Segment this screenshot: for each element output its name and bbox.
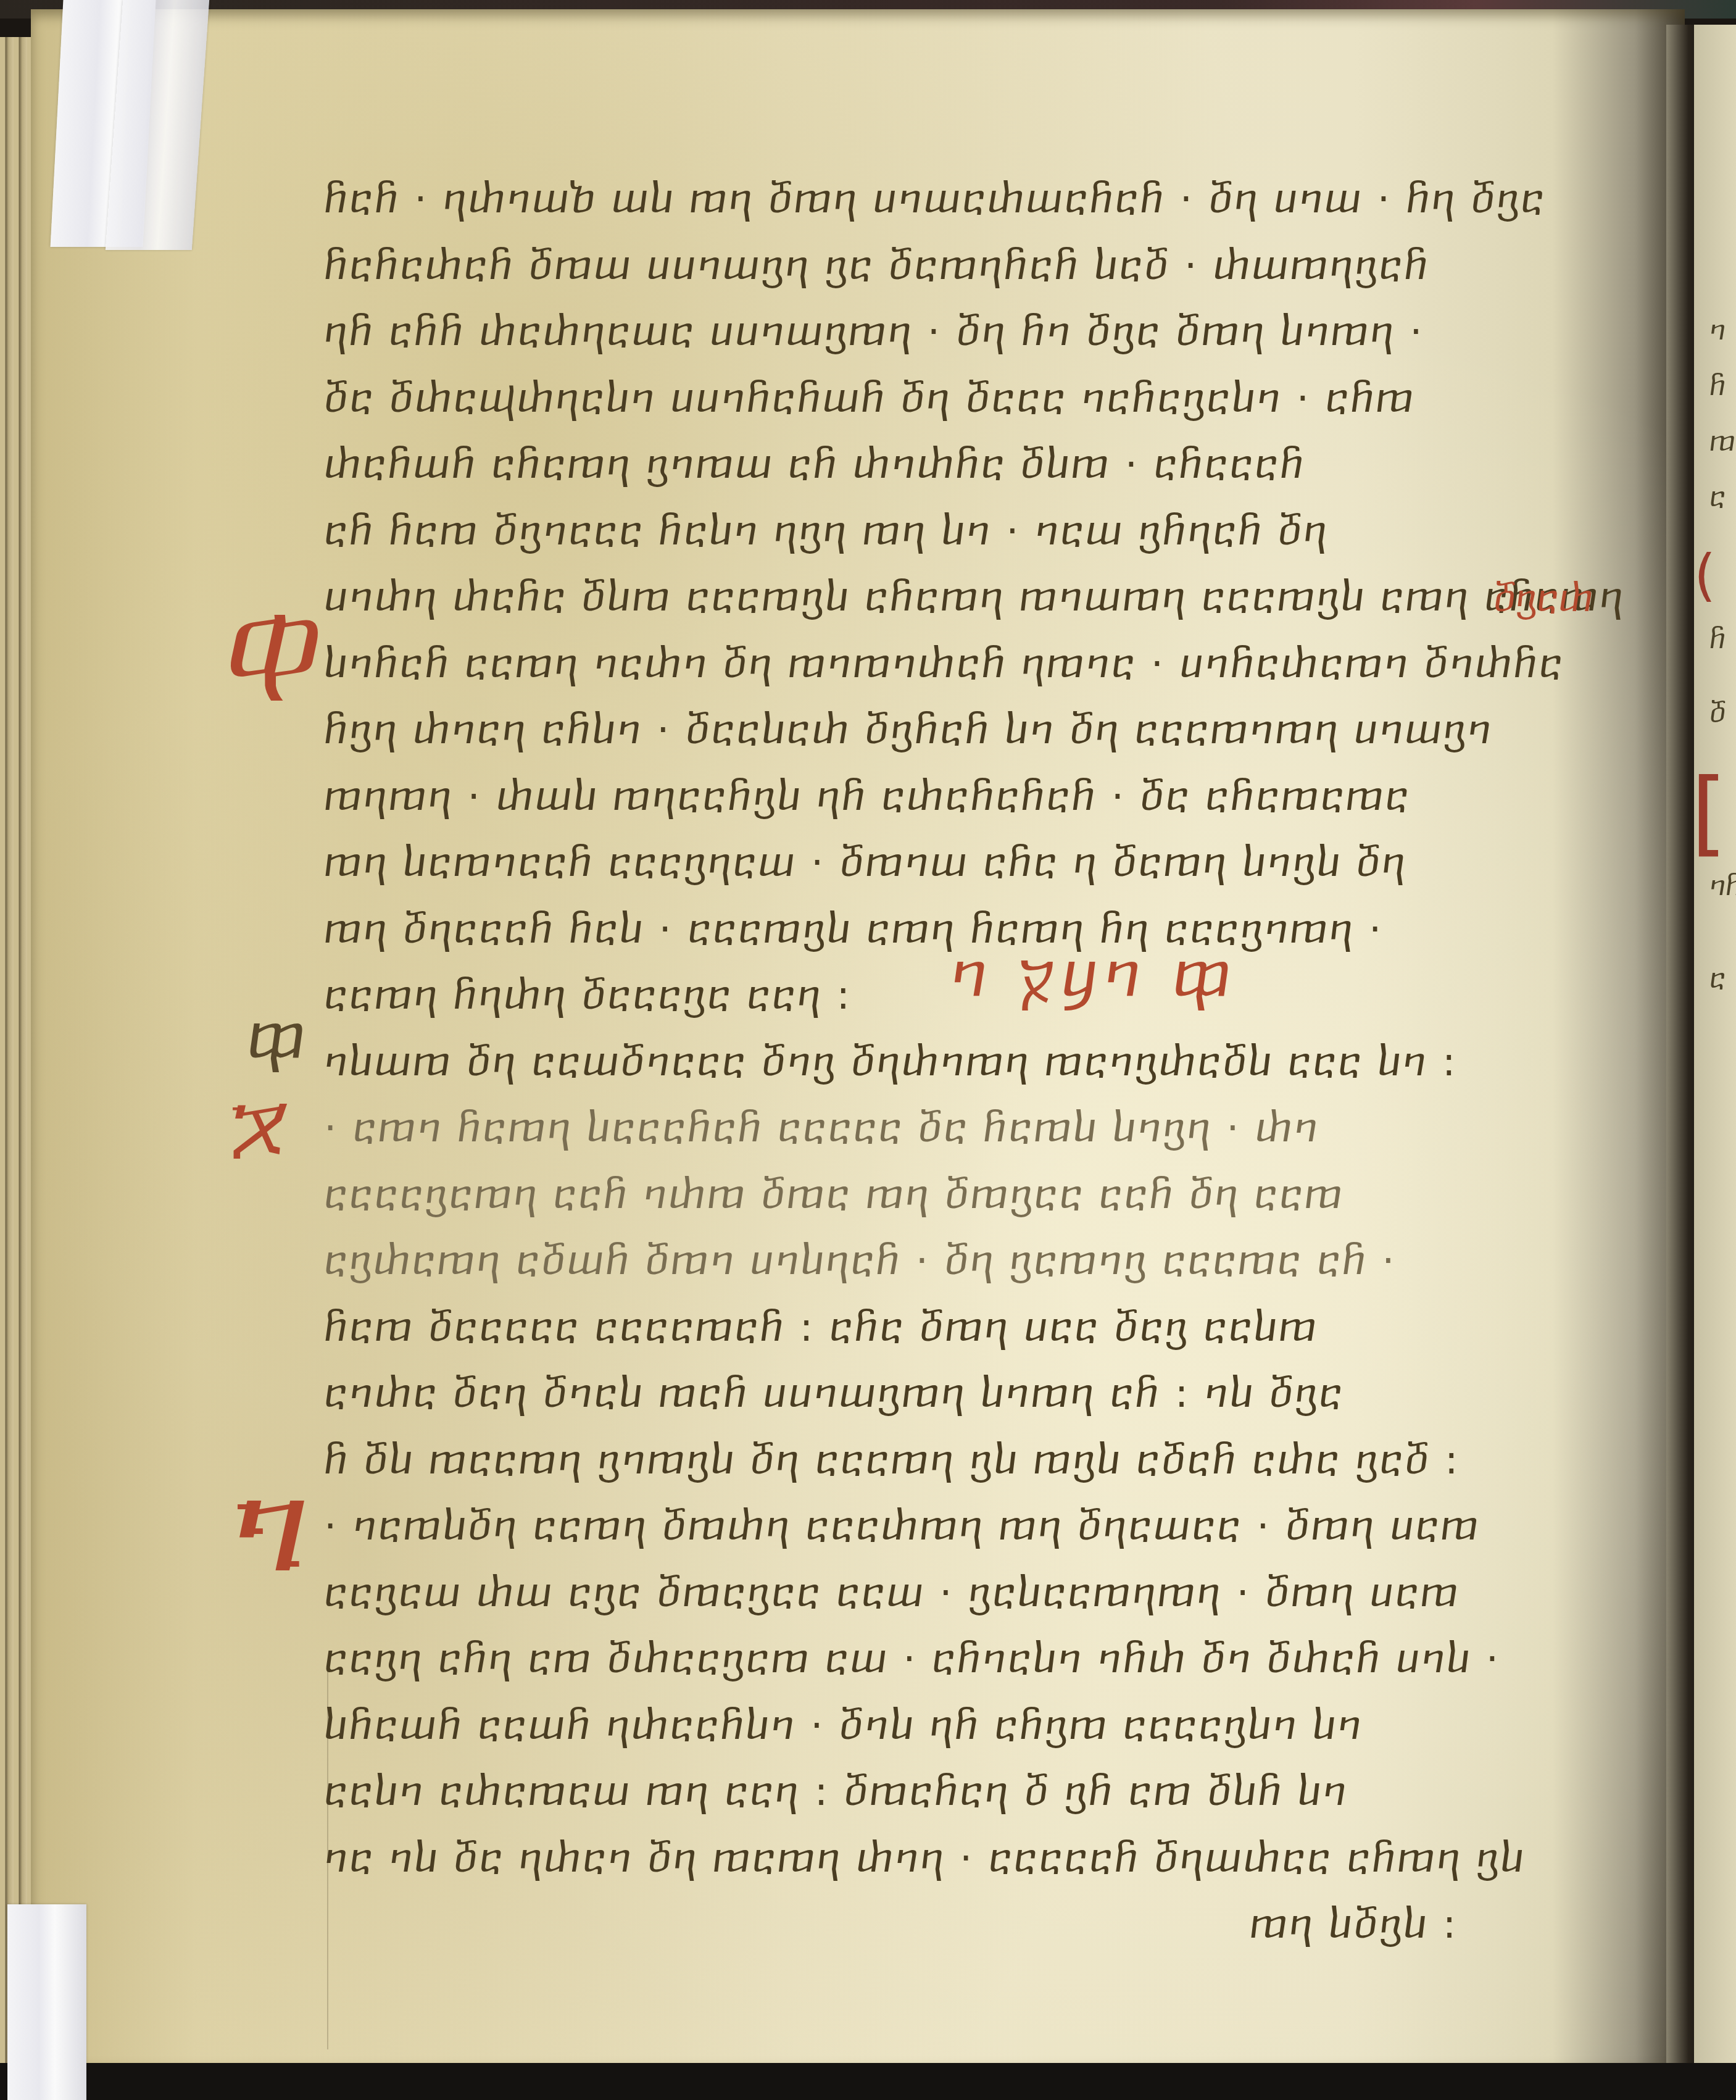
text-line: ⴌⴀⴊ ⴃⴀⴀⴀⴀⴀ ⴀⴀⴀⴀⴊⴀⴌ : ⴀⴌⴀ ⴃⴊⴄ ⴎⴀⴀ ⴃⴀⴂ ⴀⴀⴑ… [324,1295,1558,1362]
text-line: ⴀⴂⴐⴀⴊⴄ ⴀⴃⴍⴌ ⴃⴊⴈ ⴎⴈⴑⴄⴀⴌ · ⴃⴄ ⴂⴀⴊⴈⴂ ⴀⴀⴀⴊⴀ … [324,1228,1558,1295]
text-line: ⴀⴀⴂⴄ ⴀⴌⴄ ⴀⴊ ⴃⴐⴀⴀⴂⴀⴊ ⴀⴍ · ⴀⴌⴈⴀⴑⴈ ⴈⴌⴐ ⴃⴈ ⴃ… [324,1627,1558,1693]
facing-page-text: ⴊ [1709,426,1735,457]
facing-page-text: ⴈⴌ [1709,870,1736,902]
text-line: ⴀⴈⴐⴀ ⴃⴀⴄ ⴃⴈⴀⴑ ⴊⴀⴌ ⴎⴎⴈⴍⴂⴊⴄ ⴑⴈⴊⴄ ⴀⴌ : ⴈⴑ ⴃ… [324,1361,1558,1428]
text-line: ⴑⴈⴌⴀⴌ ⴀⴀⴊⴄ ⴈⴀⴐⴈ ⴃⴄ ⴊⴈⴊⴈⴐⴀⴌ ⴄⴊⴈⴀ · ⴎⴈⴌⴀⴐⴀ… [324,631,1558,698]
text-line: ⴐⴀⴌⴍⴌ ⴀⴌⴀⴊⴄ ⴂⴈⴊⴍ ⴀⴌ ⴐⴈⴐⴌⴀ ⴃⴑⴊ · ⴀⴌⴀⴀⴀⴌ [324,432,1558,499]
page-marker-tab-top-overlay [106,0,209,250]
text-line: ⴌⴀⴌ · ⴄⴐⴈⴍⴆ ⴍⴑ ⴊⴄ ⴃⴊⴄ ⴎⴈⴍⴀⴐⴍⴀⴌⴀⴌ · ⴃⴄ ⴎⴈ… [324,167,1558,233]
text-line: ⴌⴀⴌⴀⴐⴀⴌ ⴃⴊⴍ ⴎⴎⴈⴍⴂⴄ ⴂⴀ ⴃⴀⴊⴄⴌⴀⴌ ⴑⴀⴃ · ⴐⴍⴊⴄ… [324,233,1558,300]
facing-page-text: ⴌ [1709,623,1726,655]
facing-page-text: ⴀ [1709,963,1726,994]
text-line: · ⴀⴊⴈ ⴌⴀⴊⴄ ⴑⴀⴀⴀⴌⴀⴌ ⴀⴀⴀⴀⴀ ⴃⴀ ⴌⴀⴊⴑ ⴑⴈⴂⴄ · … [324,1096,1558,1162]
text-line: ⴎⴈⴐⴄ ⴐⴀⴌⴀ ⴃⴑⴊ ⴀⴀⴀⴊⴂⴑ ⴀⴌⴀⴊⴄ ⴊⴈⴍⴊⴄ ⴀⴀⴀⴊⴂⴑ … [324,565,1558,631]
text-line: ⴈⴀ ⴈⴑ ⴃⴀ ⴄⴐⴀⴈ ⴃⴄ ⴊⴀⴊⴄ ⴐⴈⴄ · ⴀⴀⴀⴀⴀⴌ ⴃⴄⴍⴐⴀ… [324,1826,1558,1893]
text-line: ⴄⴌ ⴀⴌⴌ ⴐⴀⴐⴄⴀⴍⴀ ⴎⴎⴈⴍⴂⴊⴄ · ⴃⴄ ⴌⴈ ⴃⴂⴀ ⴃⴊⴄ ⴑ… [324,299,1558,366]
text-line: ⴊⴄⴊⴄ · ⴐⴍⴑ ⴊⴄⴀⴀⴌⴂⴑ ⴄⴌ ⴀⴐⴀⴌⴀⴌⴀⴌ · ⴃⴀ ⴀⴌⴀⴊ… [324,764,1558,831]
text-line: ⴌ ⴃⴑ ⴊⴀⴀⴊⴄ ⴂⴈⴊⴂⴑ ⴃⴄ ⴀⴀⴀⴊⴄ ⴂⴑ ⴊⴂⴑ ⴀⴃⴀⴌ ⴀⴐ… [324,1428,1558,1494]
text-line: ⴌⴂⴄ ⴐⴈⴀⴄ ⴀⴌⴑⴈ · ⴃⴀⴀⴑⴀⴐ ⴃⴂⴌⴀⴌ ⴑⴈ ⴃⴄ ⴀⴀⴀⴊⴈ… [324,698,1558,764]
text-line: ⴀⴀⴑⴈ ⴀⴐⴀⴊⴀⴍ ⴊⴄ ⴀⴀⴄ : ⴃⴊⴀⴌⴀⴄ ⴃ ⴂⴌ ⴀⴊ ⴃⴑⴌ … [324,1759,1558,1826]
main-text-column: ⴌⴀⴌ · ⴄⴐⴈⴍⴆ ⴍⴑ ⴊⴄ ⴃⴊⴄ ⴎⴈⴍⴀⴐⴍⴀⴌⴀⴌ · ⴃⴄ ⴎⴈ… [324,167,1558,1959]
facing-page-text: ⴃ [1709,698,1726,729]
text-line: ⴊⴄ ⴃⴄⴀⴀⴀⴌ ⴌⴀⴑ · ⴀⴀⴀⴊⴂⴑ ⴀⴊⴄ ⴌⴀⴊⴄ ⴌⴄ ⴀⴀⴀⴂⴈ… [324,897,1558,964]
red-initial-2: ⴟ [228,1074,291,1160]
text-line: ⴊⴄ ⴑⴀⴊⴈⴀⴀⴌ ⴀⴀⴀⴂⴄⴀⴍ · ⴃⴊⴈⴍ ⴀⴌⴀ ⴄ ⴃⴀⴊⴄ ⴑⴈⴂ… [324,830,1558,897]
facing-page-text: ⴌ [1709,370,1726,402]
text-line: ⴊⴄ ⴑⴃⴂⴑ : [324,1892,1558,1959]
text-line: · ⴈⴀⴊⴑⴃⴄ ⴀⴀⴊⴄ ⴃⴊⴐⴄ ⴀⴀⴀⴐⴊⴄ ⴊⴄ ⴃⴄⴀⴍⴀⴀ · ⴃⴊ… [324,1494,1558,1560]
margin-rubric: ⴃⴂⴀⴐ [1493,577,1593,620]
facing-page-text: ⴀ [1709,481,1726,513]
facing-page-red-mark: ( [1694,543,1716,608]
facing-page-red-bracket: [ [1691,759,1727,867]
facing-page-text: ⴈ [1709,315,1726,346]
text-line: ⴑⴌⴀⴍⴌ ⴀⴀⴍⴌ ⴄⴐⴀⴀⴌⴑⴈ · ⴃⴈⴑ ⴄⴌ ⴀⴌⴂⴊ ⴀⴀⴀⴀⴂⴑⴈ… [324,1693,1558,1760]
red-initial-3: ⴈ [228,1444,312,1602]
text-line: ⴀⴀⴀⴀⴂⴀⴊⴄ ⴀⴀⴌ ⴈⴐⴊ ⴃⴊⴀ ⴊⴄ ⴃⴊⴂⴀⴀ ⴀⴀⴌ ⴃⴄ ⴀⴀⴊ [324,1162,1558,1229]
text-line: ⴀⴀⴊⴄ ⴌⴄⴐⴄ ⴃⴀⴀⴀⴂⴀ ⴀⴀⴄ : [324,963,1558,1030]
page-marker-tab-bottom [7,1904,86,2100]
red-initial-1: ⴔ [222,574,327,703]
book-cradle-bottom [0,2063,1736,2100]
text-line: ⴃⴀ ⴃⴐⴀⴓⴐⴄⴀⴑⴈ ⴎⴎⴈⴌⴀⴌⴍⴌ ⴃⴄ ⴃⴀⴀⴀ ⴈⴀⴌⴀⴂⴀⴑⴈ ·… [324,366,1558,433]
dark-initial: ⴔ [247,1000,305,1072]
text-line: ⴀⴌ ⴌⴀⴊ ⴃⴂⴈⴀⴀⴀ ⴌⴀⴑⴈ ⴄⴂⴄ ⴊⴄ ⴑⴈ · ⴈⴀⴍ ⴂⴌⴄⴀⴌ… [324,499,1558,565]
text-line: ⴀⴀⴂⴀⴍ ⴐⴍ ⴀⴂⴀ ⴃⴊⴀⴂⴀⴀ ⴀⴀⴍ · ⴂⴀⴑⴀⴀⴊⴄⴊⴄ · ⴃⴊ… [324,1560,1558,1627]
text-line: ⴈⴑⴍⴊ ⴃⴄ ⴀⴀⴍⴃⴈⴀⴀⴀ ⴃⴈⴂ ⴃⴄⴐⴈⴊⴄ ⴊⴀⴈⴂⴐⴀⴃⴑ ⴀⴀⴀ… [324,1030,1558,1096]
inline-rubric: ⴈ ⴟⴘⴈ ⴔ [950,938,1237,1010]
